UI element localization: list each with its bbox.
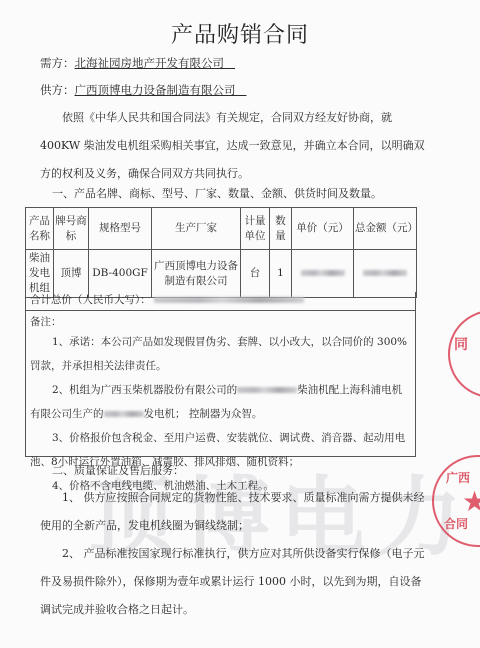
buyer-name: 北海祉园房地产开发有限公司 bbox=[75, 56, 235, 70]
table-row: 柴油发电机组 顶博 DB-400GF 广西顶博电力设备制造有限公司 台 1 bbox=[26, 250, 417, 298]
remark-1: 1、承诺：本公司产品如发现假冒伪劣、套牌、以小改大，以合同价的 300%罚款，并… bbox=[30, 330, 411, 378]
document-title: 产品购销合同 bbox=[0, 18, 480, 49]
section1-title: 一、产品名牌、商标、型号、厂家、数量、金额、供货时间及数量。 bbox=[52, 185, 382, 201]
company-seal-lower: 广西 ★ 合同 bbox=[432, 455, 480, 547]
remark-2: 2、机组为广西玉柴机器股份有限公司的柴油机配上海科浦电机有限公司生产的发电机； … bbox=[30, 378, 411, 426]
header-brand: 牌号商标 bbox=[54, 208, 89, 250]
cell-model: DB-400GF bbox=[89, 250, 152, 298]
buyer-line: 需方：北海祉园房地产开发有限公司 bbox=[40, 55, 235, 71]
header-product-name: 产品名称 bbox=[26, 208, 54, 250]
company-seal-upper: 同 bbox=[448, 310, 480, 398]
seller-label: 供方： bbox=[40, 83, 75, 97]
cell-product-name: 柴油发电机组 bbox=[26, 250, 54, 298]
header-qty: 数量 bbox=[270, 208, 292, 250]
section2-title: 二、质量保证及售后服务： bbox=[52, 462, 184, 478]
seal-upper-text: 同 bbox=[454, 334, 468, 354]
engine-model-redacted bbox=[237, 387, 297, 393]
cell-qty: 1 bbox=[270, 250, 292, 298]
cell-unit-price-redacted bbox=[292, 250, 354, 298]
cell-unit: 台 bbox=[241, 250, 270, 298]
seal-lower-text-2: 合同 bbox=[444, 515, 468, 532]
header-total: 总金额（元） bbox=[354, 208, 417, 250]
header-model: 规格型号 bbox=[89, 208, 152, 250]
cell-brand: 顶博 bbox=[54, 250, 89, 298]
contract-page: 顶博电力 产品购销合同 需方：北海祉园房地产开发有限公司 供方：广西顶博电力设备… bbox=[0, 0, 480, 648]
total-amount-redacted bbox=[154, 297, 304, 303]
seller-name: 广西顶博电力设备制造有限公司 bbox=[75, 83, 247, 97]
buyer-label: 需方： bbox=[40, 56, 75, 70]
remarks-label: 备注： bbox=[30, 314, 411, 330]
section2-item-2: 2、 产品标准按国家现行标准执行，供方应对其所供设备实行保修（电子元件及易损件除… bbox=[40, 540, 432, 624]
total-label: 合计总价（人民币大写）： bbox=[30, 294, 151, 306]
intro-paragraph: 依照《中华人民共和国合同法》有关规定，合同双方经友好协商，就 400KW 柴油发… bbox=[40, 104, 432, 188]
cell-total-redacted bbox=[354, 250, 417, 298]
section2-item-1: 1、 供方应按照合同规定的货物性能、技术要求、质量标准向需方提供未经使用的全新产… bbox=[40, 484, 432, 540]
header-unit: 计量单位 bbox=[241, 208, 270, 250]
remarks-box: 备注： 1、承诺：本公司产品如发现假冒伪劣、套牌、以小改大，以合同价的 300%… bbox=[25, 311, 416, 457]
remark-2-part1: 2、机组为广西玉柴机器股份有限公司的 bbox=[52, 384, 237, 396]
remark-2-part3: 发电机； 控制器为众智。 bbox=[144, 408, 263, 420]
seal-star-icon: ★ bbox=[462, 485, 480, 518]
header-manufacturer: 生产厂家 bbox=[152, 208, 241, 250]
alternator-model-redacted bbox=[104, 411, 144, 417]
total-row: 合计总价（人民币大写）： bbox=[25, 292, 416, 311]
header-unit-price: 单价（元） bbox=[292, 208, 354, 250]
product-table: 产品名称 牌号商标 规格型号 生产厂家 计量单位 数量 单价（元） 总金额（元）… bbox=[25, 207, 417, 298]
cell-manufacturer: 广西顶博电力设备制造有限公司 bbox=[152, 250, 241, 298]
seller-line: 供方：广西顶博电力设备制造有限公司 bbox=[40, 82, 246, 98]
seal-lower-text: 广西 bbox=[446, 469, 470, 486]
table-header-row: 产品名称 牌号商标 规格型号 生产厂家 计量单位 数量 单价（元） 总金额（元） bbox=[26, 208, 417, 250]
